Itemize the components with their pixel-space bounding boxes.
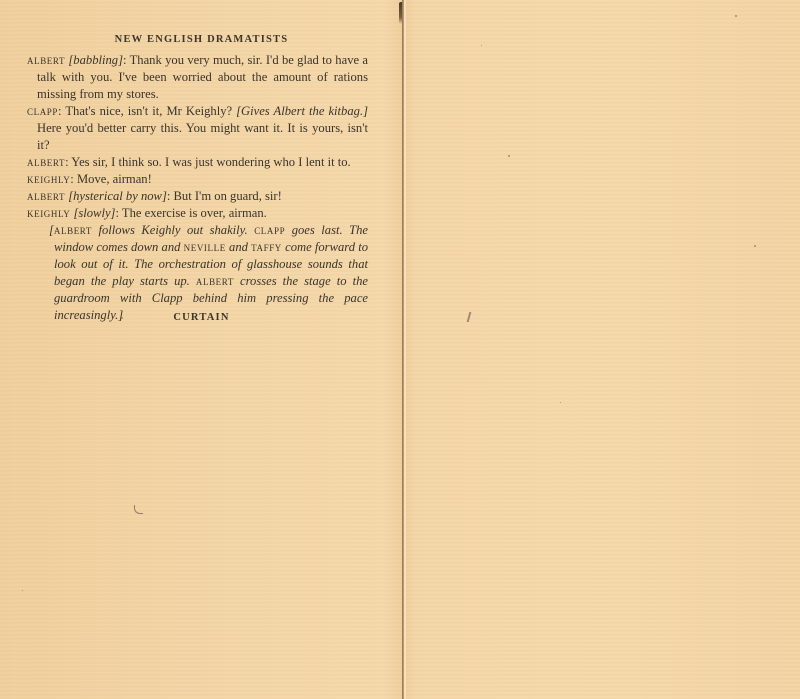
speech-text: : Yes sir, I think so. I was just wonder… (65, 155, 351, 169)
paper-mark (467, 312, 472, 322)
play-text: ALBERT [babbling]: Thank you very much, … (27, 52, 368, 324)
left-page: NEW ENGLISH DRAMATISTS ALBERT [babbling]… (0, 0, 403, 699)
speaker-name: KEIGHLY (27, 206, 70, 220)
curtain-label: CURTAIN (0, 312, 403, 323)
character-name: NEVILLE (184, 240, 226, 254)
speech-albert-1: ALBERT [babbling]: Thank you very much, … (27, 52, 368, 103)
paper-speck (508, 155, 510, 157)
paper-speck (754, 245, 756, 247)
character-name: ALBERT (196, 274, 234, 288)
character-name: CLAPP (254, 223, 285, 237)
direction-text: follows Keighly out shakily. (92, 223, 254, 237)
speech-clapp: CLAPP: That's nice, isn't it, Mr Keighly… (27, 103, 368, 154)
book-spread: NEW ENGLISH DRAMATISTS ALBERT [babbling]… (0, 0, 800, 699)
paper-speck (22, 590, 23, 591)
speaker-name: ALBERT (27, 189, 65, 203)
speech-text: : But I'm on guard, sir! (167, 189, 282, 203)
speech-text: : The exercise is over, airman. (115, 206, 266, 220)
paper-speck (121, 317, 123, 319)
character-name: TAFFY (251, 240, 282, 254)
speaker-name: ALBERT (27, 53, 65, 67)
speech-text: Here you'd better carry this. You might … (37, 121, 368, 152)
actor-direction: [slowly] (73, 206, 115, 220)
paper-mark (134, 505, 143, 514)
speaker-name: ALBERT (27, 155, 65, 169)
speech-keighly-1: KEIGHLY: Move, airman! (27, 171, 368, 188)
actor-direction: [babbling] (68, 53, 123, 67)
speech-albert-2: ALBERT: Yes sir, I think so. I was just … (27, 154, 368, 171)
right-page (405, 0, 800, 699)
speech-keighly-2: KEIGHLY [slowly]: The exercise is over, … (27, 205, 368, 222)
paper-speck (560, 402, 561, 403)
speech-text: : Move, airman! (70, 172, 151, 186)
stage-direction: [ALBERT follows Keighly out shakily. CLA… (27, 222, 368, 324)
actor-direction: [Gives Albert the kitbag.] (236, 104, 368, 118)
direction-text: and (226, 240, 251, 254)
character-name: ALBERT (54, 223, 92, 237)
paper-speck (735, 15, 737, 17)
paper-speck (481, 45, 482, 46)
speech-text: : That's nice, isn't it, Mr Keighly? (58, 104, 236, 118)
speaker-name: KEIGHLY (27, 172, 70, 186)
running-head: NEW ENGLISH DRAMATISTS (0, 34, 403, 45)
actor-direction: [hysterical by now] (68, 189, 167, 203)
speech-albert-3: ALBERT [hysterical by now]: But I'm on g… (27, 188, 368, 205)
speaker-name: CLAPP (27, 104, 58, 118)
